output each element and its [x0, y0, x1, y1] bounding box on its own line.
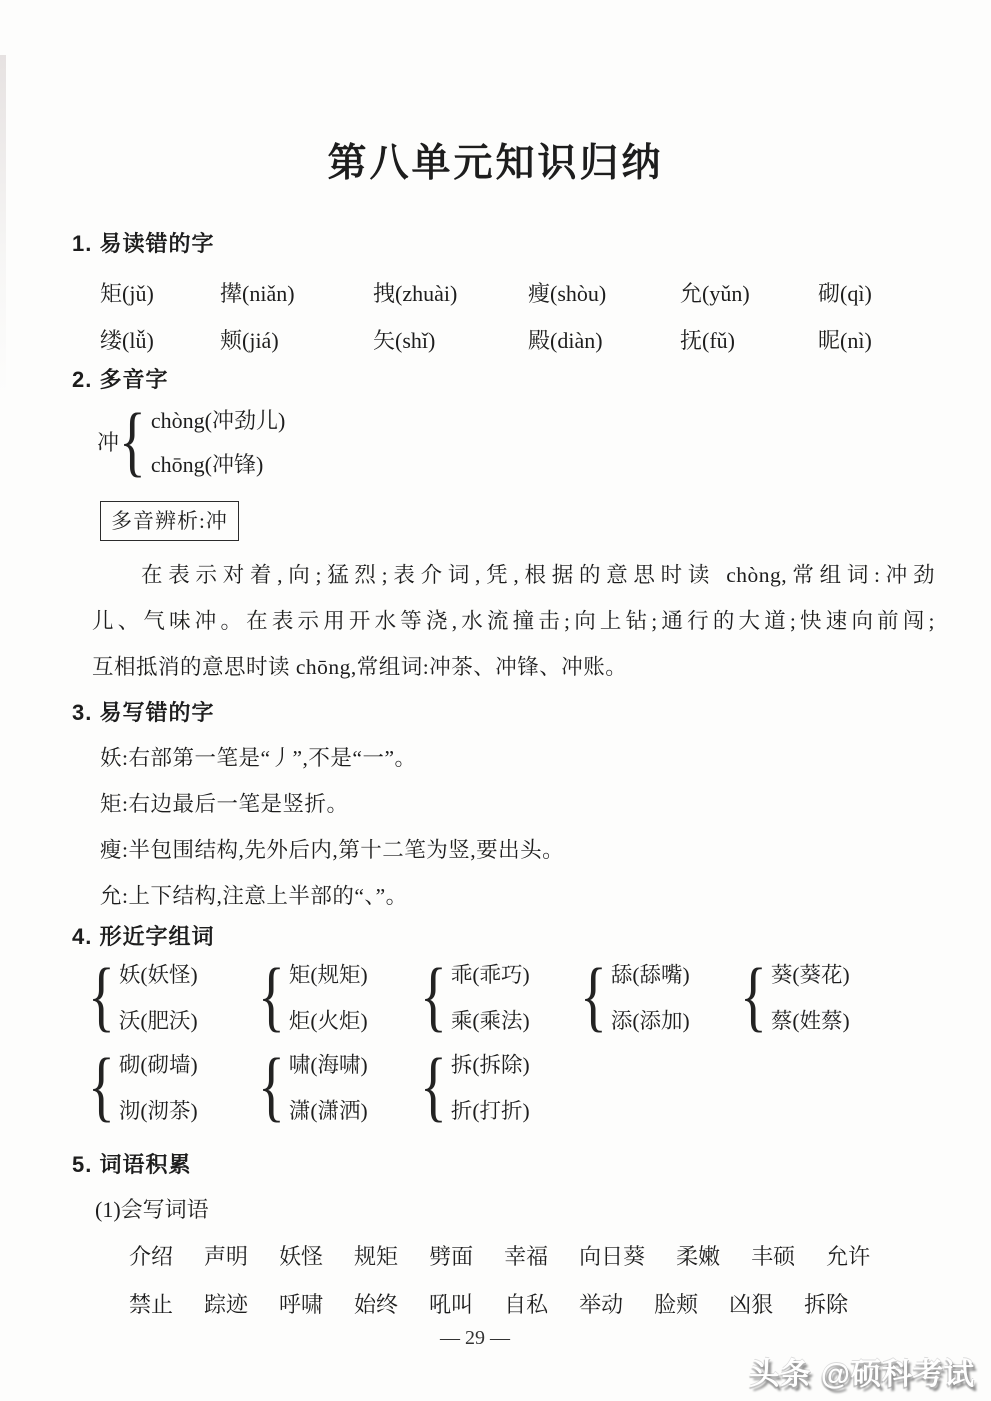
- pair-word: 沃(肥沃): [119, 1004, 198, 1035]
- pair-word: 潇(潇洒): [289, 1094, 368, 1125]
- pinyin-item: 矩(jǔ): [100, 277, 220, 308]
- left-brace-glyph: {: [580, 957, 607, 1035]
- word-item: 妖怪: [279, 1240, 323, 1271]
- word-item: 拆除: [804, 1288, 848, 1319]
- pair-word: 啸(海啸): [289, 1048, 368, 1079]
- analysis-box-label: 多音辨析:冲: [100, 501, 239, 541]
- confusable-pair: { 矩(规矩) 炬(火炬): [258, 958, 368, 1035]
- pair-word: 拆(拆除): [451, 1048, 530, 1079]
- confusable-pair: { 葵(葵花) 蔡(姓蔡): [740, 958, 850, 1035]
- confusable-pair: { 乖(乖巧) 乘(乘法): [420, 958, 530, 1035]
- pair-word: 砌(砌墙): [119, 1048, 198, 1079]
- readings-column: chòng(冲劲儿) chōng(冲锋): [151, 404, 285, 479]
- word-item: 幸福: [504, 1240, 548, 1271]
- watermark: 头条 @硕科考试: [749, 1349, 975, 1393]
- word-item: 举动: [579, 1288, 623, 1319]
- word-item: 丰硕: [751, 1240, 795, 1271]
- section-5-heading: 5. 词语积累: [72, 1148, 191, 1179]
- section-1-heading: 1. 易读错的字: [72, 227, 214, 258]
- pair-word: 妖(妖怪): [119, 958, 198, 989]
- left-brace-glyph: {: [258, 957, 285, 1035]
- word-item: 允许: [826, 1240, 870, 1271]
- pair-word: 沏(沏茶): [119, 1094, 198, 1125]
- left-brace-glyph: {: [420, 1047, 447, 1125]
- word-item: 禁止: [129, 1288, 173, 1319]
- word-item: 向日葵: [579, 1240, 645, 1271]
- word-item: 始终: [354, 1288, 398, 1319]
- pair-word: 葵(葵花): [771, 958, 850, 989]
- stroke-note: 瘦:半包围结构,先外后内,第十二笔为竖,要出头。: [100, 833, 564, 864]
- word-item: 规矩: [354, 1240, 398, 1271]
- pinyin-item: 拽(zhuài): [373, 277, 528, 308]
- pinyin-item: 砌(qì): [818, 277, 872, 308]
- subsection-heading: (1)会写词语: [95, 1193, 209, 1224]
- pinyin-item: 颊(jiá): [220, 324, 373, 355]
- page-number: — 29 —: [0, 1327, 950, 1350]
- pinyin-item: 矢(shǐ): [373, 324, 528, 355]
- reading-line: chōng(冲锋): [151, 448, 285, 479]
- pinyin-item: 抚(fǔ): [680, 324, 818, 355]
- pinyin-item: 缕(lǚ): [100, 324, 220, 355]
- left-brace-glyph: {: [119, 402, 146, 480]
- confusable-pair: { 砌(砌墙) 沏(沏茶): [88, 1048, 198, 1125]
- section-4-heading: 4. 形近字组词: [72, 920, 214, 951]
- stroke-note: 允:上下结构,注意上半部的“、”。: [100, 879, 408, 910]
- section-3-heading: 3. 易写错的字: [72, 696, 214, 727]
- word-list-row-1: 介绍 声明 妖怪 规矩 劈面 幸福 向日葵 柔嫩 丰硕 允许: [129, 1240, 870, 1271]
- pinyin-row-1: 矩(jǔ) 撵(niǎn) 拽(zhuài) 瘦(shòu) 允(yǔn) 砌(…: [100, 277, 872, 308]
- document-page: 第八单元知识归纳 1. 易读错的字 矩(jǔ) 撵(niǎn) 拽(zhuài)…: [0, 0, 991, 1401]
- paragraph-line: 儿、气味冲。在表示用开水等浇,水流撞击;向上钻;通行的大道;快速向前闯;: [92, 604, 935, 635]
- left-brace-glyph: {: [88, 957, 115, 1035]
- word-item: 呼啸: [279, 1288, 323, 1319]
- word-item: 自私: [504, 1288, 548, 1319]
- pinyin-item: 殿(diàn): [528, 324, 680, 355]
- paragraph-line: 在表示对着,向;猛烈;表介词,凭,根据的意思时读 chòng,常组词:冲劲: [141, 558, 935, 589]
- left-brace-glyph: {: [88, 1047, 115, 1125]
- word-item: 凶狠: [729, 1288, 773, 1319]
- word-item: 吼叫: [429, 1288, 473, 1319]
- confusable-pair: { 妖(妖怪) 沃(肥沃): [88, 958, 198, 1035]
- pair-word: 舔(舔嘴): [611, 958, 690, 989]
- confusable-pair: { 拆(拆除) 折(打折): [420, 1048, 530, 1125]
- pair-word: 乘(乘法): [451, 1004, 530, 1035]
- pair-word: 矩(规矩): [289, 958, 368, 989]
- word-item: 声明: [204, 1240, 248, 1271]
- left-brace-glyph: {: [740, 957, 767, 1035]
- pair-word: 炬(火炬): [289, 1004, 368, 1035]
- pair-word: 添(添加): [611, 1004, 690, 1035]
- scan-edge-shadow: [0, 55, 6, 395]
- left-brace-glyph: {: [258, 1047, 285, 1125]
- word-item: 脸颊: [654, 1288, 698, 1319]
- multi-tone-group: 冲 { chòng(冲劲儿) chōng(冲锋): [97, 404, 285, 479]
- word-item: 介绍: [129, 1240, 173, 1271]
- section-2-heading: 2. 多音字: [72, 363, 168, 394]
- confusable-pair: { 啸(海啸) 潇(潇洒): [258, 1048, 368, 1125]
- page-title: 第八单元知识归纳: [0, 132, 991, 188]
- reading-line: chòng(冲劲儿): [151, 404, 285, 435]
- word-item: 柔嫩: [676, 1240, 720, 1271]
- pair-word: 乖(乖巧): [451, 958, 530, 989]
- stroke-note: 矩:右边最后一笔是竖折。: [100, 787, 348, 818]
- word-item: 踪迹: [204, 1288, 248, 1319]
- pinyin-item: 撵(niǎn): [220, 277, 373, 308]
- stroke-note: 妖:右部第一笔是“丿”,不是“一”。: [100, 741, 417, 772]
- pinyin-item: 瘦(shòu): [528, 277, 680, 308]
- multi-tone-char: 冲: [97, 426, 119, 457]
- left-brace-glyph: {: [420, 957, 447, 1035]
- paragraph-line: 互相抵消的意思时读 chōng,常组词:冲茶、冲锋、冲账。: [92, 650, 627, 681]
- pinyin-item: 允(yǔn): [680, 277, 818, 308]
- word-list-row-2: 禁止 踪迹 呼啸 始终 吼叫 自私 举动 脸颊 凶狠 拆除: [129, 1288, 848, 1319]
- pair-word: 折(打折): [451, 1094, 530, 1125]
- confusable-pair: { 舔(舔嘴) 添(添加): [580, 958, 690, 1035]
- pair-word: 蔡(姓蔡): [771, 1004, 850, 1035]
- pinyin-row-2: 缕(lǚ) 颊(jiá) 矢(shǐ) 殿(diàn) 抚(fǔ) 昵(nì): [100, 324, 872, 355]
- word-item: 劈面: [429, 1240, 473, 1271]
- pinyin-item: 昵(nì): [818, 324, 872, 355]
